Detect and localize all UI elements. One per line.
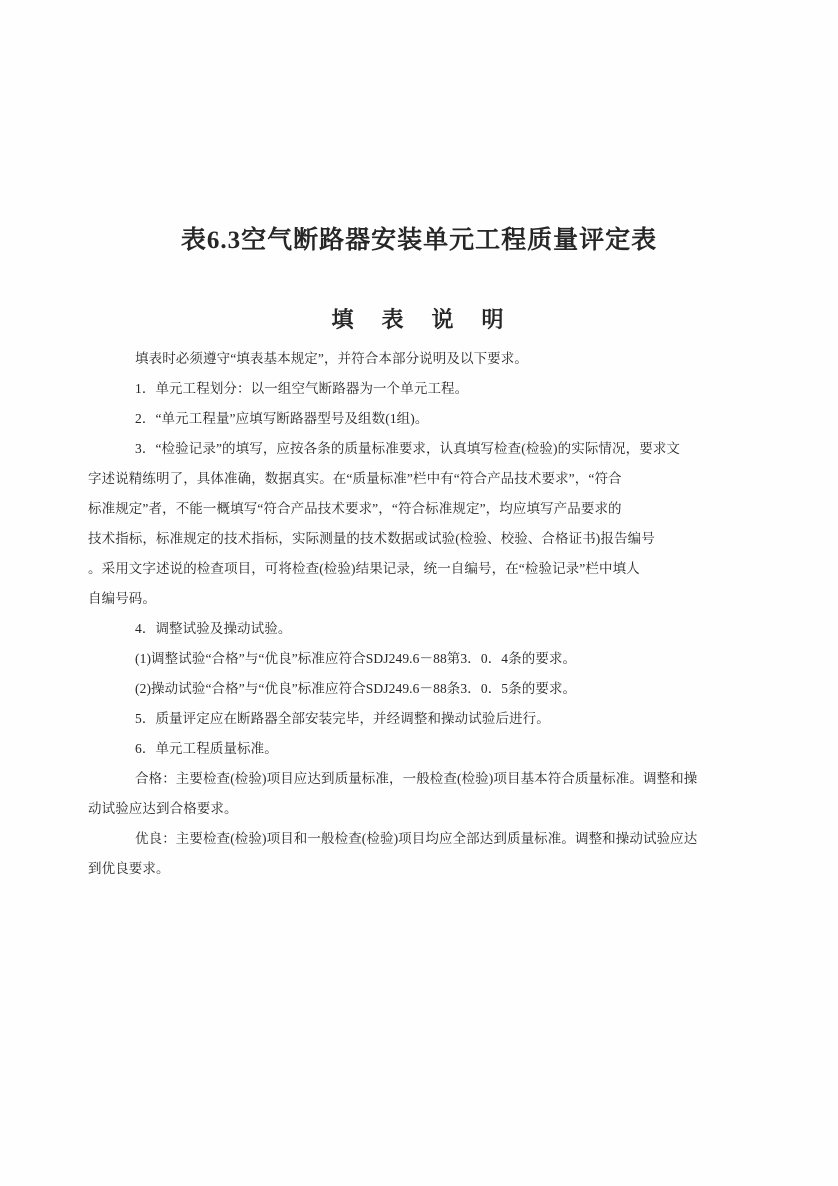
paragraph-line: 5．质量评定应在断路器全部安装完毕，并经调整和操动试验后进行。 [88, 704, 788, 734]
document-page: 表6.3空气断路器安装单元工程质量评定表 填 表 说 明 填表时必须遵守“填表基… [0, 0, 838, 1186]
paragraph-line: 填表时必须遵守“填表基本规定”，并符合本部分说明及以下要求。 [88, 344, 788, 374]
section-heading: 填 表 说 明 [0, 303, 838, 334]
paragraph-line: 优良：主要检查(检验)项目和一般检查(检验)项目均应全部达到质量标准。调整和操动… [88, 824, 788, 854]
paragraph-line: 3．“检验记录”的填写，应按各条的质量标准要求，认真填写检查(检验)的实际情况，… [88, 434, 788, 464]
document-body: 填表时必须遵守“填表基本规定”，并符合本部分说明及以下要求。1．单元工程划分：以… [88, 344, 788, 884]
paragraph-line: 字述说精练明了，具体准确，数据真实。在“质量标准”栏中有“符合产品技术要求”，“… [88, 464, 788, 494]
paragraph-line: 技术指标，标准规定的技术指标，实际测量的技术数据或试验(检验、校验、合格证书)报… [88, 524, 788, 554]
paragraph-line: (1)调整试验“合格”与“优良”标准应符合SDJ249.6－88第3．0．4条的… [88, 644, 788, 674]
paragraph-line: 合格：主要检查(检验)项目应达到质量标准，一般检查(检验)项目基本符合质量标准。… [88, 764, 788, 794]
paragraph-line: (2)操动试验“合格”与“优良”标准应符合SDJ249.6－88条3．0．5条的… [88, 674, 788, 704]
paragraph-line: 自编号码。 [88, 584, 788, 614]
document-title: 表6.3空气断路器安装单元工程质量评定表 [0, 220, 838, 256]
paragraph-line: 6．单元工程质量标准。 [88, 734, 788, 764]
paragraph-line: 1．单元工程划分：以一组空气断路器为一个单元工程。 [88, 374, 788, 404]
paragraph-line: 4．调整试验及操动试验。 [88, 614, 788, 644]
paragraph-line: 标准规定”者，不能一概填写“符合产品技术要求”，“符合标准规定”，均应填写产品要… [88, 494, 788, 524]
paragraph-line: 动试验应达到合格要求。 [88, 794, 788, 824]
paragraph-line: 到优良要求。 [88, 854, 788, 884]
paragraph-line: 2．“单元工程量”应填写断路器型号及组数(1组)。 [88, 404, 788, 434]
paragraph-line: 。采用文字述说的检查项目，可将检查(检验)结果记录，统一自编号，在“检验记录”栏… [88, 554, 788, 584]
